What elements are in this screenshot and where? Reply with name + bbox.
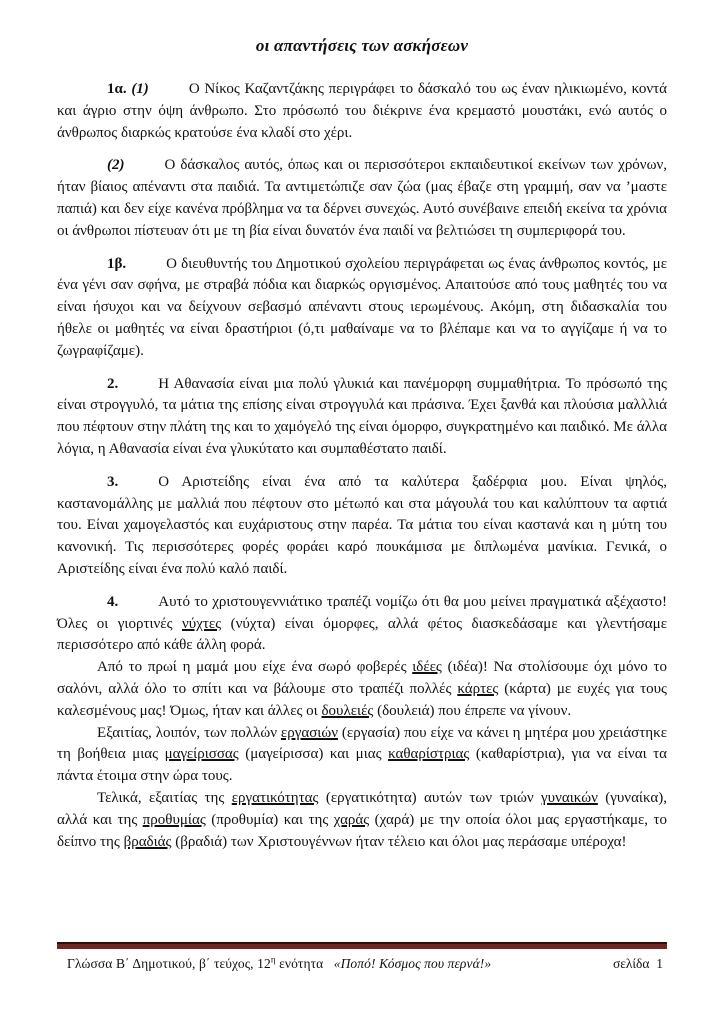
text-run: 1α. — [107, 81, 131, 97]
paragraph: Τελικά, εξαιτίας της εργατικότητας (εργα… — [57, 788, 667, 853]
page-footer: Γλώσσα Β΄ Δημοτικού, β΄ τεύχος, 12η ενότ… — [57, 942, 667, 972]
text-run: (βραδιά) των Χριστουγέννων ήταν τέλειο κ… — [171, 834, 626, 850]
text-run: Τελικά, εξαιτίας της — [97, 790, 232, 806]
text-run: χαράς — [334, 812, 369, 828]
footer-row: Γλώσσα Β΄ Δημοτικού, β΄ τεύχος, 12η ενότ… — [57, 956, 667, 972]
text-run: (μαγείρισσα) και μιας — [239, 746, 388, 762]
text-run: ενότητα — [276, 956, 334, 971]
text-run: βραδιάς — [124, 834, 172, 850]
document-body: 1α. (1)Ο Νίκος Καζαντζάκης περιγράφει το… — [57, 68, 667, 853]
text-run: Από το πρωί η μαμά μου είχε ένα σωρό φοβ… — [97, 659, 412, 675]
text-run: νύχτες — [182, 616, 221, 632]
paragraph: 3.Ο Αριστείδης είναι ένα από τα καλύτερα… — [57, 472, 667, 581]
text-run: (προθυμία) και της — [206, 812, 334, 828]
paragraph: Εξαιτίας, λοιπόν, των πολλών εργασιών (ε… — [57, 723, 667, 788]
text-run: Γλώσσα Β΄ Δημοτικού, β΄ τεύχος, 12 — [67, 956, 271, 971]
text-run: δουλειές — [321, 703, 373, 719]
text-run: 4. — [107, 594, 118, 610]
text-run: 1β. — [107, 256, 126, 272]
text-run: 3. — [107, 474, 118, 490]
paragraph: 1β.Ο διευθυντής του Δημοτικού σχολείου π… — [57, 254, 667, 363]
text-run: (2) — [107, 157, 125, 173]
text-run: (δουλειά) που έπρεπε να γίνουν. — [373, 703, 571, 719]
paragraph: 4.Αυτό το χριστουγεννιάτικο τραπέζι νομί… — [57, 592, 667, 657]
text-run: Ο Αριστείδης είναι ένα από τα καλύτερα ξ… — [57, 474, 667, 577]
text-run: προθυμίας — [143, 812, 206, 828]
text-run: Η Αθανασία είναι μια πολύ γλυκιά και παν… — [57, 376, 667, 457]
paragraph: (2)Ο δάσκαλος αυτός, όπως και οι περισσό… — [57, 155, 667, 242]
paragraph: 2.Η Αθανασία είναι μια πολύ γλυκιά και π… — [57, 374, 667, 461]
page-number: σελίδα 1 — [613, 956, 663, 972]
text-run: ιδέες — [412, 659, 442, 675]
paragraph: Από το πρωί η μαμά μου είχε ένα σωρό φοβ… — [57, 657, 667, 722]
footer-rule — [57, 942, 667, 949]
footer-left: Γλώσσα Β΄ Δημοτικού, β΄ τεύχος, 12η ενότ… — [67, 956, 491, 972]
text-run: καθαρίστριας — [388, 746, 469, 762]
text-run: Ο διευθυντής του Δημοτικού σχολείου περι… — [57, 256, 667, 359]
text-run: (εργατικότητα) αυτών των τριών — [318, 790, 541, 806]
paragraph: 1α. (1)Ο Νίκος Καζαντζάκης περιγράφει το… — [57, 79, 667, 144]
text-run: κάρτες — [457, 681, 498, 697]
text-run: «Ποπό! Κόσμος που περνά!» — [334, 956, 492, 971]
page-title: οι απαντήσεις των ασκήσεων — [57, 36, 667, 56]
text-run: (1) — [131, 81, 149, 97]
text-run: 2. — [107, 376, 118, 392]
text-run: εργασιών — [281, 725, 338, 741]
page-sheet: οι απαντήσεις των ασκήσεων 1α. (1)Ο Νίκο… — [0, 0, 724, 1024]
text-run: μαγείρισσας — [165, 746, 239, 762]
text-run: εργατικότητας — [232, 790, 319, 806]
text-run: Ο δάσκαλος αυτός, όπως και οι περισσότερ… — [57, 157, 667, 238]
text-run: Εξαιτίας, λοιπόν, των πολλών — [97, 725, 281, 741]
text-run: γυναικών — [541, 790, 598, 806]
